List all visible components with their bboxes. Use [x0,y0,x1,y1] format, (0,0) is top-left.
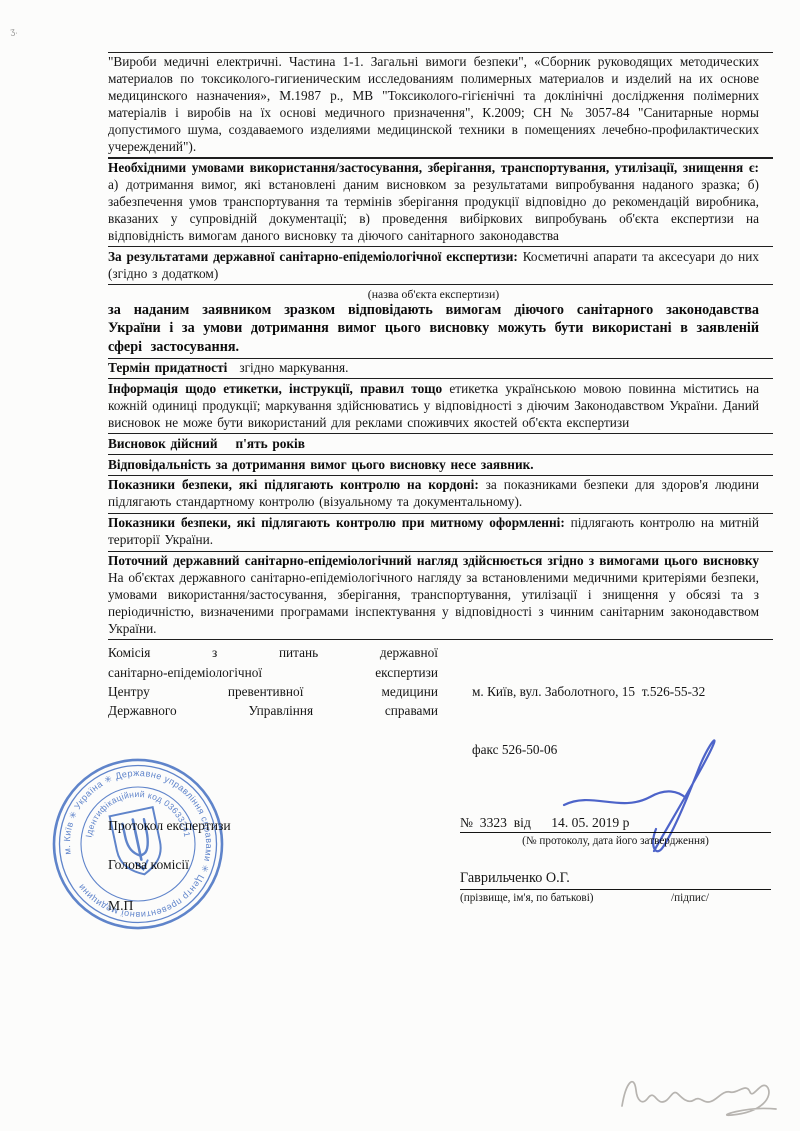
section-border-control: Показники безпеки, які підлягають контро… [108,477,773,511]
section-divider [108,52,773,53]
chairman-name: Гаврильченко О.Г. [460,870,771,890]
commission-name-line: Державного Управління справами [108,701,438,720]
section-heading: Висновок дійсний [108,436,218,451]
section-divider [108,551,773,552]
signature-right-column: Гаврильченко О.Г. (прізвище, ім'я, по ба… [460,870,771,914]
section-heading: За результатами державної санітарно-епід… [108,249,518,264]
section-responsibility: Відповідальність за дотримання вимог цьо… [108,457,773,474]
section-heading: Термін придатності [108,360,227,375]
section-heading: Необхідними умовами використання/застосу… [108,160,759,175]
section-results: За результатами державної санітарно-епід… [108,249,773,283]
section-divider [108,358,773,359]
commission-name-line: Комісія з питань державної [108,643,438,662]
section-body-text: згідно маркування. [239,360,348,375]
signature-captions: (прізвище, ім'я, по батькові) /підпис/ [460,892,771,904]
name-caption: (прізвище, ім'я, по батькові) [460,892,594,904]
address-line: м. Київ, вул. Заболотного, 15 т.526-55-3… [472,682,705,701]
round-stamp: м. Київ ✳ Україна ✳ Державне управління … [42,748,234,940]
section-heading: Інформація щодо етикетки, інструкції, пр… [108,381,442,396]
pen-signature-icon [558,733,778,858]
section-divider [108,157,773,159]
section-body-text: На об'єктах державного санітарно-епідемі… [108,570,759,636]
section-surveillance: Поточний державний санітарно-епідеміолог… [108,553,773,638]
section-heading: Показники безпеки, які підлягають контро… [108,477,479,492]
section-body-text: а) дотримання вимог, які встановлені дан… [108,177,759,243]
object-name-underline [108,284,773,285]
conformity-statement: за наданим заявником зразком відповідают… [108,301,773,356]
scanned-certificate-page: ʒ. "Вироби медичні електричні. Частина 1… [0,0,800,1131]
pencil-signature-icon [610,1062,790,1124]
section-conditions: Необхідними умовами використання/застосу… [108,160,773,245]
section-heading: Показники безпеки, які підлягають контро… [108,515,565,530]
sign-caption: /підпис/ [671,892,709,904]
scan-artifact-mark: ʒ. [9,26,18,37]
section-shelf-life: Термін придатностізгідно маркування. [108,360,773,377]
section-heading: Поточний державний санітарно-епідеміолог… [108,553,759,568]
validity-value: п'ять років [236,436,305,451]
commission-name-line: санітарно-епідеміологічної експертизи [108,663,438,682]
section-divider [108,433,773,434]
section-label-info: Інформація щодо етикетки, інструкції, пр… [108,381,773,432]
section-divider [108,454,773,455]
section-customs-control: Показники безпеки, які підлягають контро… [108,515,773,549]
section-heading: Відповідальність за дотримання вимог цьо… [108,457,534,472]
section-validity: Висновок дійснийп'ять років [108,436,773,453]
section-divider [108,639,773,640]
section-divider [108,378,773,379]
section-divider [108,475,773,476]
intro-text: "Вироби медичні електричні. Частина 1-1.… [108,54,759,154]
object-name-caption: (назва об'єкта експертизи) [108,287,773,301]
intro-paragraph: "Вироби медичні електричні. Частина 1-1.… [108,54,773,155]
commission-name-line: Центру превентивної медицини [108,682,438,701]
section-divider [108,246,773,247]
section-divider [108,513,773,514]
trident-icon [110,807,166,879]
